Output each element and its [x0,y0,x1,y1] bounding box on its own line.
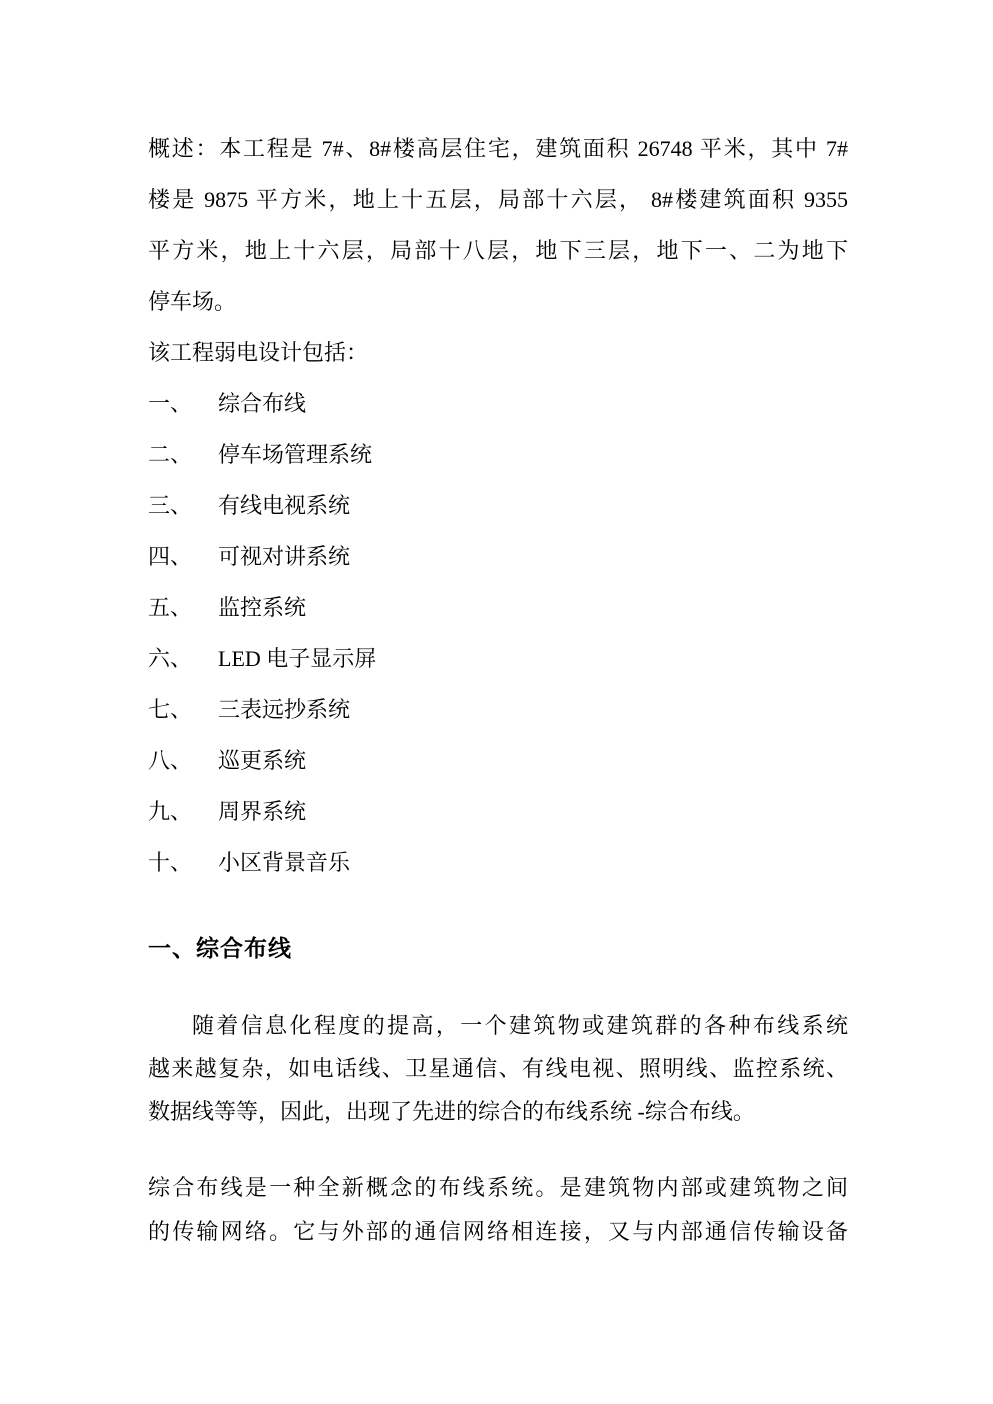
list-item-label: 监控系统 [218,595,306,620]
list-item-number: 九、 [148,786,218,837]
list-item-number: 三、 [148,480,218,531]
intro-line: 平方米，地上十六层，局部十八层，地下三层，地下一、二为地下 [148,225,848,276]
list-item: 一、综合布线 [148,378,848,429]
list-item-number: 十、 [148,837,218,888]
list-item: 十、小区背景音乐 [148,837,848,888]
paragraph-line: 越来越复杂，如电话线、卫星通信、有线电视、照明线、监控系统、 [148,1047,848,1090]
list-item-label: 三表远抄系统 [218,697,350,722]
list-item-label: 可视对讲系统 [218,544,350,569]
list-item: 九、周界系统 [148,786,848,837]
paragraph-line: 数据线等等，因此，出现了先进的综合的布线系统 -综合布线。 [148,1090,848,1133]
paragraph-line: 的传输网络。它与外部的通信网络相连接，又与内部通信传输设备 [148,1210,848,1254]
intro-line: 停车场。 [148,276,848,327]
list-item-label: 综合布线 [218,391,306,416]
systems-list: 一、综合布线 二、停车场管理系统 三、有线电视系统 四、可视对讲系统 五、监控系… [148,378,848,888]
intro-paragraph: 概述：本工程是 7#、8#楼高层住宅，建筑面积 26748 平米，其中 7# 楼… [148,123,848,327]
list-item-label: 有线电视系统 [218,493,350,518]
list-item: 三、有线电视系统 [148,480,848,531]
list-item-label: 小区背景音乐 [218,850,350,875]
section-heading: 一、综合布线 [148,934,848,964]
list-item-number: 六、 [148,633,218,684]
list-item: 七、三表远抄系统 [148,684,848,735]
cabling-intro-paragraph: 随着信息化程度的提高，一个建筑物或建筑群的各种布线系统 越来越复杂，如电话线、卫… [148,1004,848,1133]
cabling-definition-paragraph: 综合布线是一种全新概念的布线系统。是建筑物内部或建筑物之间 的传输网络。它与外部… [148,1166,848,1254]
list-item: 五、监控系统 [148,582,848,633]
list-item-label: 巡更系统 [218,748,306,773]
list-item-number: 五、 [148,582,218,633]
list-item-label: 停车场管理系统 [218,442,372,467]
paragraph-line: 综合布线是一种全新概念的布线系统。是建筑物内部或建筑物之间 [148,1166,848,1210]
list-item: 八、巡更系统 [148,735,848,786]
list-item-number: 四、 [148,531,218,582]
paragraph-line: 随着信息化程度的提高，一个建筑物或建筑群的各种布线系统 [148,1004,848,1047]
list-item: 四、可视对讲系统 [148,531,848,582]
list-item: 六、LED 电子显示屏 [148,633,848,684]
list-item-number: 八、 [148,735,218,786]
list-item-number: 二、 [148,429,218,480]
list-item-number: 七、 [148,684,218,735]
list-item-label: 周界系统 [218,799,306,824]
document-page: 概述：本工程是 7#、8#楼高层住宅，建筑面积 26748 平米，其中 7# 楼… [148,123,848,1254]
list-item-label: LED 电子显示屏 [218,646,376,671]
list-item: 二、停车场管理系统 [148,429,848,480]
list-intro: 该工程弱电设计包括： [148,327,848,378]
intro-line: 概述：本工程是 7#、8#楼高层住宅，建筑面积 26748 平米，其中 7# [148,123,848,174]
intro-line: 楼是 9875 平方米，地上十五层，局部十六层， 8#楼建筑面积 9355 [148,174,848,225]
list-item-number: 一、 [148,378,218,429]
